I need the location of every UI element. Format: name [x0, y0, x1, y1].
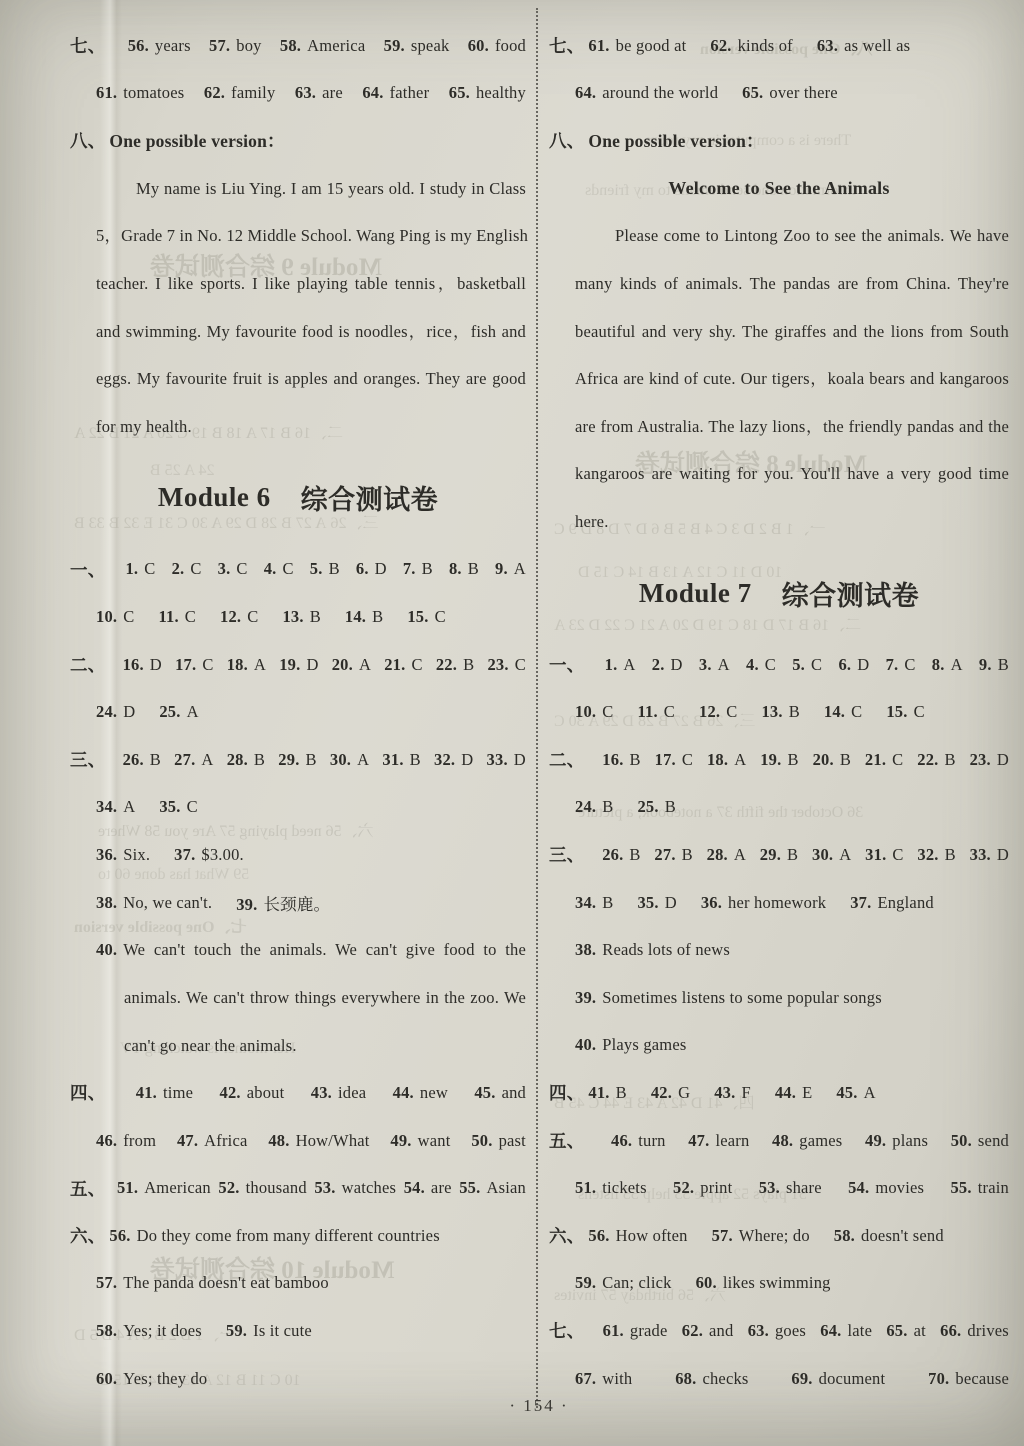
- answer-text: D: [665, 893, 677, 912]
- answer-text: B: [945, 750, 956, 769]
- answer-text: American: [144, 1178, 211, 1197]
- answer-item: 1.A: [605, 655, 636, 675]
- answer-item: 11.C: [637, 702, 675, 722]
- answer-number: 66.: [940, 1321, 961, 1340]
- prose-text: beautiful and very shy. The giraffes and…: [575, 322, 1009, 341]
- answer-text: Can; click: [602, 1273, 671, 1292]
- answer-text: A: [864, 1083, 876, 1102]
- answer-row: 10.C11.C12.C13.B14.B15.C: [70, 593, 526, 641]
- answer-item: 19.D: [279, 655, 318, 675]
- answer-row: 五、46.turn47.learn48.games49.plans50.send: [549, 1117, 1009, 1165]
- answer-text: are: [322, 83, 343, 102]
- section-marker: 七、: [549, 1318, 584, 1343]
- answer-item: 28.A: [707, 845, 746, 865]
- answer-number: 32.: [917, 845, 938, 864]
- answer-item: 3.C: [218, 559, 248, 579]
- answer-item: 12.C: [220, 607, 258, 627]
- answer-item: 60.Yes; they do: [96, 1369, 207, 1389]
- answer-item: 33.D: [970, 845, 1009, 865]
- answer-text: idea: [338, 1083, 366, 1102]
- answer-number: 36.: [701, 893, 722, 912]
- answer-row: 40.Plays games: [549, 1022, 1009, 1070]
- answer-item: 41.time: [136, 1083, 193, 1103]
- answer-number: 55.: [950, 1178, 971, 1197]
- answer-text: England: [877, 893, 933, 912]
- answer-text: D: [461, 750, 473, 769]
- answer-text: kinds of: [738, 36, 793, 55]
- answer-number: 40.: [96, 940, 117, 959]
- answer-item: 19.B: [760, 750, 798, 770]
- answer-text: speak: [411, 36, 450, 55]
- answer-number: 62.: [682, 1321, 703, 1340]
- answer-number: 44.: [775, 1083, 796, 1102]
- answer-row: 三、26.B27.B28.A29.B30.A31.C32.B33.D: [549, 831, 1009, 879]
- answer-item: 15.C: [407, 607, 445, 627]
- answer-item: 67.with: [575, 1369, 632, 1389]
- answer-text: G: [678, 1083, 690, 1102]
- answer-text: B: [306, 750, 317, 769]
- answer-row: 24.B25.B: [549, 784, 1009, 832]
- answer-number: 63.: [817, 36, 838, 55]
- answer-item: 2.D: [652, 655, 683, 675]
- section-marker: 八、: [70, 128, 105, 153]
- page-number: · 154 ·: [464, 1396, 614, 1416]
- answer-row: 七、56.years57.boy58.America59.speak60.foo…: [70, 22, 526, 70]
- answer-number: 68.: [675, 1369, 696, 1388]
- answer-number: 30.: [330, 750, 351, 769]
- answer-item: 50.send: [951, 1131, 1009, 1151]
- answer-number: 2.: [172, 559, 185, 578]
- answer-number: 42.: [651, 1083, 672, 1102]
- answer-text: B: [787, 750, 798, 769]
- answer-number: 50.: [951, 1131, 972, 1150]
- answer-text: C: [892, 750, 903, 769]
- answer-text: doesn't send: [861, 1226, 944, 1245]
- answer-number: 59.: [575, 1273, 596, 1292]
- answer-number: 41.: [588, 1083, 609, 1102]
- answer-item: 12.C: [699, 702, 737, 722]
- answer-text: Africa: [204, 1131, 247, 1150]
- answer-item: 37.England: [850, 893, 934, 913]
- answer-item: 58.doesn't send: [834, 1226, 944, 1246]
- section-marker: 二、: [549, 747, 584, 772]
- prose-text: can't go near the animals.: [124, 1036, 297, 1055]
- answer-number: 60.: [468, 36, 489, 55]
- answer-number: 49.: [865, 1131, 886, 1150]
- answer-item: 54.are: [404, 1178, 452, 1198]
- answer-text: watches: [342, 1178, 397, 1197]
- prose-text: My name is Liu Ying. I am 15 years old. …: [136, 179, 526, 198]
- answer-text: D: [306, 655, 318, 674]
- answer-item: 59.Can; click: [575, 1273, 672, 1293]
- answer-item: 63.are: [295, 83, 343, 103]
- answer-number: 57.: [712, 1226, 733, 1245]
- answer-number: 27.: [174, 750, 195, 769]
- answer-item: 27.B: [654, 845, 692, 865]
- answer-text: tickets: [602, 1178, 646, 1197]
- prose-text: animals. We can't throw things everywher…: [124, 988, 526, 1007]
- answer-number: 51.: [575, 1178, 596, 1197]
- answer-row: 61.tomatoes62.family63.are64.father65.he…: [70, 70, 526, 118]
- answer-item: 63.as well as: [817, 36, 910, 56]
- answer-item: 25.A: [159, 702, 198, 722]
- prose-line: for my health.: [70, 403, 526, 451]
- answer-item: 22.B: [917, 750, 955, 770]
- answer-row: 四、41.time42.about43.idea44.new45.and: [70, 1069, 526, 1117]
- section-marker: 五、: [70, 1176, 105, 1201]
- answer-text: A: [514, 559, 526, 578]
- answer-number: 22.: [436, 655, 457, 674]
- answer-text: B: [789, 702, 800, 721]
- answer-number: 45.: [836, 1083, 857, 1102]
- section-marker: 七、: [70, 33, 105, 58]
- answer-text: tomatoes: [123, 83, 184, 102]
- answer-number: 31.: [865, 845, 886, 864]
- prose-text: 5，Grade 7 in No. 12 Middle School. Wang …: [96, 226, 528, 245]
- answer-number: 24.: [575, 797, 596, 816]
- answer-text: turn: [638, 1131, 665, 1150]
- answer-item: 48.games: [772, 1131, 842, 1151]
- answer-item: 36.her homework: [701, 893, 826, 913]
- prose-text: for my health.: [96, 417, 192, 436]
- answer-item: 26.B: [123, 750, 161, 770]
- answer-number: 58.: [280, 36, 301, 55]
- prose-text: many kinds of animals. The pandas are fr…: [575, 274, 1009, 293]
- answer-number: 47.: [688, 1131, 709, 1150]
- answer-text: because: [955, 1369, 1009, 1388]
- answer-number: 37.: [850, 893, 871, 912]
- answer-item: 62.family: [204, 83, 276, 103]
- answer-number: 1.: [125, 559, 138, 578]
- answer-item: 33.D: [487, 750, 526, 770]
- answer-item: 68.checks: [675, 1369, 748, 1389]
- answer-item: 42.about: [220, 1083, 285, 1103]
- answer-number: 56.: [588, 1226, 609, 1245]
- answer-number: 39.: [236, 895, 257, 914]
- prose-text: are from Australia. The lazy lions，the f…: [575, 417, 1009, 436]
- answer-number: 59.: [384, 36, 405, 55]
- answer-text: C: [144, 559, 155, 578]
- answer-item: 57.boy: [209, 36, 262, 56]
- answer-number: 58.: [834, 1226, 855, 1245]
- answer-number: 25.: [159, 702, 180, 721]
- answer-item: 51.American: [117, 1178, 211, 1198]
- answer-item: 8.A: [932, 655, 963, 675]
- answer-text: Plays games: [602, 1035, 686, 1054]
- answer-item: 26.B: [602, 845, 640, 865]
- answer-text: Asian: [486, 1178, 526, 1197]
- column-divider: [536, 8, 538, 1408]
- answer-item: 6.D: [356, 559, 387, 579]
- answer-number: 14.: [345, 607, 366, 626]
- answer-text: B: [468, 559, 479, 578]
- answer-item: 56.Do they come from many different coun…: [109, 1226, 439, 1246]
- answer-number: 28.: [227, 750, 248, 769]
- answer-number: 40.: [575, 1035, 596, 1054]
- answer-item: 47.learn: [688, 1131, 749, 1151]
- prose-line: can't go near the animals.: [70, 1022, 526, 1070]
- answer-text: grade: [630, 1321, 668, 1340]
- answer-number: 59.: [226, 1321, 247, 1340]
- answer-row: 57.The panda doesn't eat bamboo: [70, 1260, 526, 1308]
- answer-number: 46.: [611, 1131, 632, 1150]
- answer-text: C: [602, 702, 613, 721]
- answer-number: 57.: [209, 36, 230, 55]
- answer-item: 31.C: [865, 845, 903, 865]
- module-heading-zh: 综合测试卷: [782, 574, 920, 613]
- answer-text: with: [602, 1369, 632, 1388]
- answer-text: Is it cute: [253, 1321, 312, 1340]
- answer-row: 34.B35.D36.her homework37.England: [549, 879, 1009, 927]
- answer-number: 10.: [96, 607, 117, 626]
- answer-text: checks: [702, 1369, 748, 1388]
- answer-text: B: [630, 750, 641, 769]
- answer-number: 20.: [332, 655, 353, 674]
- answer-text: A: [718, 655, 730, 674]
- answer-number: 53.: [314, 1178, 335, 1197]
- answer-number: 47.: [177, 1131, 198, 1150]
- answer-row: 38.Reads lots of news: [549, 926, 1009, 974]
- answer-text: and: [502, 1083, 526, 1102]
- answer-text: D: [997, 845, 1009, 864]
- answer-row: 七、61.grade62.and63.goes64.late65.at66.dr…: [549, 1307, 1009, 1355]
- answer-item: 27.A: [174, 750, 213, 770]
- answer-number: 27.: [654, 845, 675, 864]
- answer-text: E: [802, 1083, 812, 1102]
- section-marker: 三、: [549, 842, 584, 867]
- answer-text: thousand: [246, 1178, 307, 1197]
- answer-number: 64.: [575, 83, 596, 102]
- answer-number: 62.: [710, 36, 731, 55]
- answer-text: A: [623, 655, 635, 674]
- answer-number: 19.: [760, 750, 781, 769]
- prose-line: animals. We can't throw things everywher…: [70, 974, 526, 1022]
- prose-text: eggs. My favourite fruit is apples and o…: [96, 369, 526, 388]
- answer-text: A: [951, 655, 963, 674]
- answer-number: 46.: [96, 1131, 117, 1150]
- answer-number: 33.: [970, 845, 991, 864]
- answer-text: healthy: [476, 83, 526, 102]
- answer-item: 10.C: [96, 607, 134, 627]
- answer-text: C: [236, 559, 247, 578]
- prose-text: here.: [575, 512, 609, 531]
- answer-number: 60.: [696, 1273, 717, 1292]
- answer-item: 11.C: [158, 607, 196, 627]
- answer-text: B: [422, 559, 433, 578]
- answer-item: 30.A: [330, 750, 369, 770]
- answer-text: America: [307, 36, 365, 55]
- answer-row: 67.with68.checks69.document70.because: [549, 1355, 1009, 1403]
- answer-item: 4.C: [746, 655, 776, 675]
- prose-line: and swimming. My favourite food is noodl…: [70, 308, 526, 356]
- prose-line: Please come to Lintong Zoo to see the an…: [549, 212, 1009, 260]
- answer-text: print: [700, 1178, 732, 1197]
- answer-item: 29.B: [278, 750, 316, 770]
- answer-item: 6.D: [838, 655, 869, 675]
- answer-text: likes swimming: [723, 1273, 831, 1292]
- answer-text: A: [201, 750, 213, 769]
- answer-text: movies: [875, 1178, 924, 1197]
- answer-item: 54.movies: [848, 1178, 924, 1198]
- answer-number: 5.: [792, 655, 805, 674]
- answer-text: past: [499, 1131, 526, 1150]
- answer-number: 29.: [760, 845, 781, 864]
- answer-number: 52.: [673, 1178, 694, 1197]
- answer-item: 52.thousand: [218, 1178, 306, 1198]
- answer-number: 7.: [886, 655, 899, 674]
- answer-number: 17.: [175, 655, 196, 674]
- answer-item: 35.C: [159, 797, 197, 817]
- answer-text: Yes; they do: [123, 1369, 207, 1388]
- answer-text: Where; do: [739, 1226, 810, 1245]
- answer-item: 49.want: [390, 1131, 450, 1151]
- answer-text: new: [420, 1083, 448, 1102]
- answer-text: years: [155, 36, 191, 55]
- answer-number: 52.: [218, 1178, 239, 1197]
- answer-text: father: [390, 83, 430, 102]
- answer-number: 54.: [404, 1178, 425, 1197]
- answer-text: F: [741, 1083, 750, 1102]
- answer-text: are: [431, 1178, 452, 1197]
- prose-line: beautiful and very shy. The giraffes and…: [549, 308, 1009, 356]
- answer-text: Six.: [123, 845, 150, 864]
- answer-row: 38.No, we can't.39.长颈鹿。: [70, 879, 526, 927]
- answer-text: goes: [775, 1321, 806, 1340]
- answer-item: 47.Africa: [177, 1131, 248, 1151]
- answer-text: C: [811, 655, 822, 674]
- answer-item: 13.B: [761, 702, 799, 722]
- prose-line: Africa are kind of cute. Our tigers，koal…: [549, 355, 1009, 403]
- answer-item: 56.How often: [588, 1226, 687, 1246]
- answer-number: 13.: [282, 607, 303, 626]
- section-marker: 四、: [70, 1080, 105, 1105]
- answer-item: 62.kinds of: [710, 36, 792, 56]
- answer-number: 51.: [117, 1178, 138, 1197]
- answer-key-page: Module 9 综合测试卷二、16 B 17 A 18 B 19 C 20 A…: [0, 0, 1024, 1446]
- answer-item: 45.A: [836, 1083, 875, 1103]
- answer-number: 17.: [655, 750, 676, 769]
- answer-number: 33.: [487, 750, 508, 769]
- answer-item: 61.grade: [603, 1321, 668, 1341]
- answer-number: 56.: [128, 36, 149, 55]
- answer-item: 39.长颈鹿。: [236, 891, 330, 915]
- answer-text: C: [185, 607, 196, 626]
- answer-item: 16.D: [123, 655, 162, 675]
- module-heading-row: Module 7综合测试卷: [549, 546, 1009, 641]
- module-heading-zh: 综合测试卷: [301, 478, 439, 517]
- answer-number: 24.: [96, 702, 117, 721]
- answer-item: 44.E: [775, 1083, 813, 1103]
- answer-number: 11.: [158, 607, 178, 626]
- answer-row: 六、56.How often57.Where; do58.doesn't sen…: [549, 1212, 1009, 1260]
- prose-line: kangaroos are waiting for you. You'll ha…: [549, 450, 1009, 498]
- answer-item: 14.C: [824, 702, 862, 722]
- answer-number: 34.: [96, 797, 117, 816]
- answer-text: B: [945, 845, 956, 864]
- answer-text: B: [616, 1083, 627, 1102]
- answer-text: D: [671, 655, 683, 674]
- prose-text: Africa are kind of cute. Our tigers，koal…: [575, 369, 1009, 388]
- answer-number: 18.: [227, 655, 248, 674]
- answer-text: B: [840, 750, 851, 769]
- answer-number: 19.: [279, 655, 300, 674]
- answer-number: 65.: [449, 83, 470, 102]
- answer-item: 29.B: [760, 845, 798, 865]
- prose-line: My name is Liu Ying. I am 15 years old. …: [70, 165, 526, 213]
- answer-text: The panda doesn't eat bamboo: [123, 1273, 329, 1292]
- answer-item: 65.healthy: [449, 83, 526, 103]
- answer-item: 7.C: [886, 655, 916, 675]
- answer-number: 26.: [602, 845, 623, 864]
- answer-number: 44.: [393, 1083, 414, 1102]
- answer-number: 4.: [264, 559, 277, 578]
- answer-number: 61.: [96, 83, 117, 102]
- section-marker: 一、: [549, 652, 584, 677]
- answer-text: B: [150, 750, 161, 769]
- answer-item: 38.No, we can't.: [96, 893, 212, 913]
- answer-item: 43.F: [714, 1083, 751, 1103]
- answer-number: 6.: [356, 559, 369, 578]
- answer-number: 56.: [109, 1226, 130, 1245]
- answer-number: 65.: [886, 1321, 907, 1340]
- answer-item: 42.G: [651, 1083, 690, 1103]
- answer-item: 34.B: [575, 893, 613, 913]
- answer-text: B: [787, 845, 798, 864]
- prose-text: teacher. I like sports. I like playing t…: [96, 274, 526, 293]
- section-marker: 八、: [549, 128, 584, 153]
- answer-text: C: [914, 702, 925, 721]
- answer-row: 六、56.Do they come from many different co…: [70, 1212, 526, 1260]
- answer-item: 55.Asian: [459, 1178, 526, 1198]
- answer-text: B: [372, 607, 383, 626]
- answer-item: 49.plans: [865, 1131, 928, 1151]
- answer-number: 21.: [865, 750, 886, 769]
- answer-item: 5.C: [792, 655, 822, 675]
- answer-number: 30.: [812, 845, 833, 864]
- answer-text: How often: [616, 1226, 688, 1245]
- answer-number: 3.: [699, 655, 712, 674]
- answer-item: 64.around the world: [575, 83, 718, 103]
- answer-item: 46.turn: [611, 1131, 666, 1151]
- answer-number: 63.: [748, 1321, 769, 1340]
- answer-text: train: [978, 1178, 1009, 1197]
- answer-number: 29.: [278, 750, 299, 769]
- answer-number: 12.: [699, 702, 720, 721]
- answer-text: be good at: [616, 36, 687, 55]
- answer-text: A: [734, 845, 746, 864]
- answer-number: 8.: [449, 559, 462, 578]
- section-marker: 七、: [549, 33, 584, 58]
- answer-number: 20.: [813, 750, 834, 769]
- answer-item: 15.C: [886, 702, 924, 722]
- essay-title-row: Welcome to See the Animals: [549, 165, 1009, 213]
- answer-item: 64.father: [362, 83, 429, 103]
- answer-item: 13.B: [282, 607, 320, 627]
- answer-item: 56.years: [128, 36, 191, 56]
- answer-text: Reads lots of news: [602, 940, 730, 959]
- answer-number: 50.: [471, 1131, 492, 1150]
- answer-row: 二、16.B17.C18.A19.B20.B21.C22.B23.D: [549, 736, 1009, 784]
- answer-number: 15.: [886, 702, 907, 721]
- answer-text: family: [231, 83, 275, 102]
- answer-number: 57.: [96, 1273, 117, 1292]
- answer-text: B: [310, 607, 321, 626]
- answer-number: 35.: [159, 797, 180, 816]
- answer-item: 58.Yes; it does: [96, 1321, 202, 1341]
- section-marker: 六、: [70, 1223, 105, 1248]
- answer-number: 4.: [746, 655, 759, 674]
- answer-row: 58.Yes; it does59.Is it cute: [70, 1307, 526, 1355]
